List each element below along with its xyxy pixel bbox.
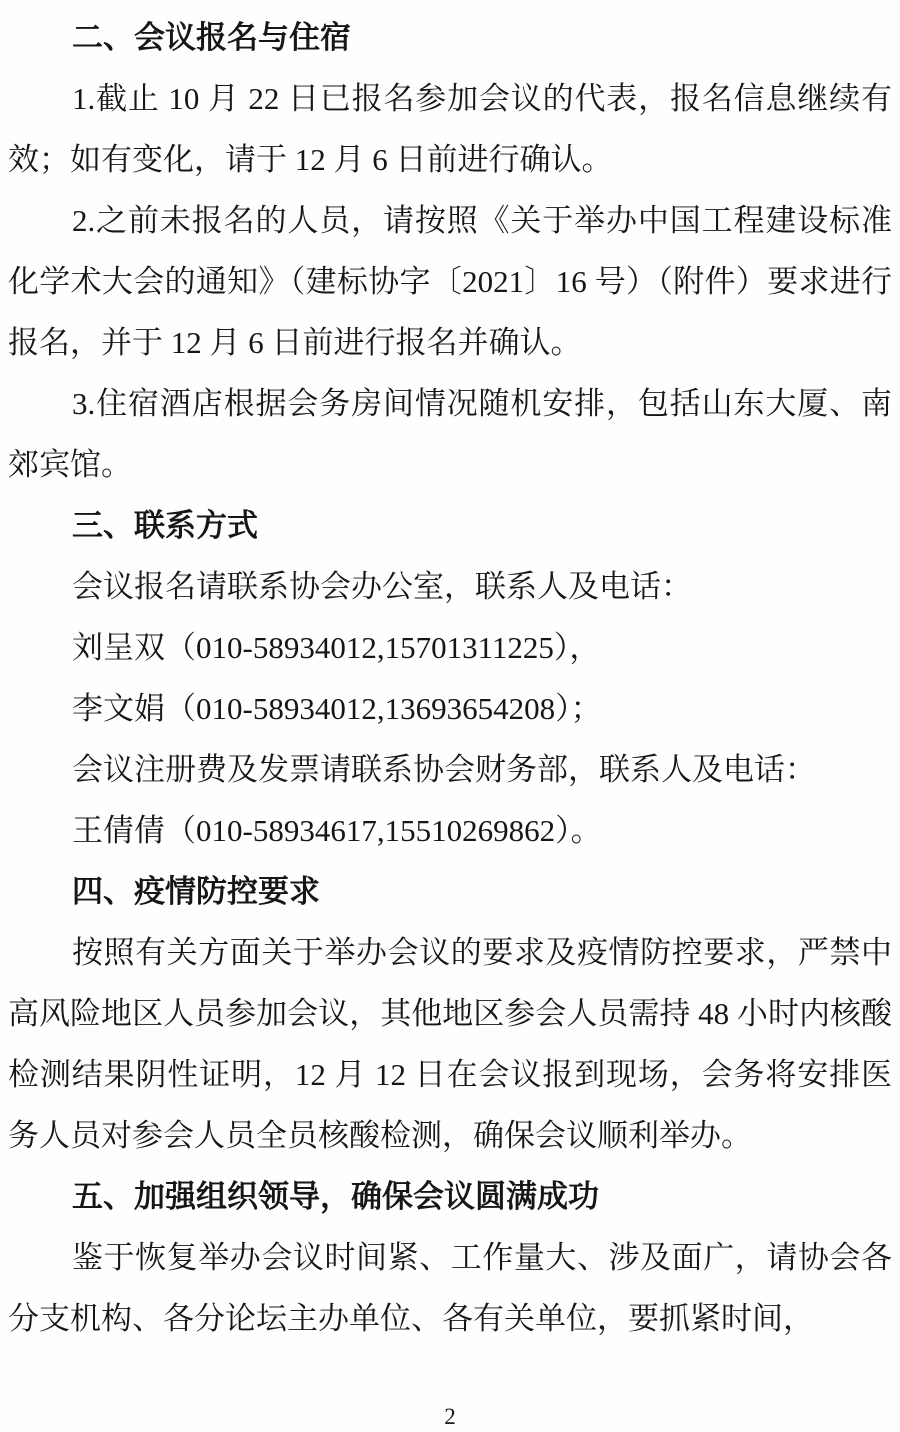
section-heading-registration: 二、会议报名与住宿 bbox=[8, 7, 892, 68]
paragraph-contact-office: 会议报名请联系协会办公室，联系人及电话： bbox=[8, 556, 892, 617]
section-heading-epidemic: 四、疫情防控要求 bbox=[8, 861, 892, 922]
section-heading-organization: 五、加强组织领导，确保会议圆满成功 bbox=[8, 1166, 892, 1227]
contact-line-li: 李文娟（010-58934012,13693654208）； bbox=[8, 678, 892, 739]
paragraph-registration-1: 1.截止 10 月 22 日已报名参加会议的代表，报名信息继续有效；如有变化，请… bbox=[8, 68, 892, 190]
paragraph-contact-finance: 会议注册费及发票请联系协会财务部，联系人及电话： bbox=[8, 739, 892, 800]
section-heading-contact: 三、联系方式 bbox=[8, 495, 892, 556]
contact-line-wang: 王倩倩（010-58934617,15510269862）。 bbox=[8, 800, 892, 861]
paragraph-organization: 鉴于恢复举办会议时间紧、工作量大、涉及面广，请协会各分支机构、各分论坛主办单位、… bbox=[8, 1227, 892, 1349]
document-page: 二、会议报名与住宿 1.截止 10 月 22 日已报名参加会议的代表，报名信息继… bbox=[0, 0, 900, 1432]
paragraph-registration-2: 2.之前未报名的人员，请按照《关于举办中国工程建设标准化学术大会的通知》（建标协… bbox=[8, 190, 892, 373]
page-number: 2 bbox=[0, 1405, 900, 1428]
document-body: 二、会议报名与住宿 1.截止 10 月 22 日已报名参加会议的代表，报名信息继… bbox=[8, 7, 892, 1349]
contact-line-liu: 刘呈双（010-58934012,15701311225）， bbox=[8, 617, 892, 678]
paragraph-registration-3: 3.住宿酒店根据会务房间情况随机安排，包括山东大厦、南郊宾馆。 bbox=[8, 373, 892, 495]
paragraph-epidemic: 按照有关方面关于举办会议的要求及疫情防控要求，严禁中高风险地区人员参加会议，其他… bbox=[8, 922, 892, 1166]
